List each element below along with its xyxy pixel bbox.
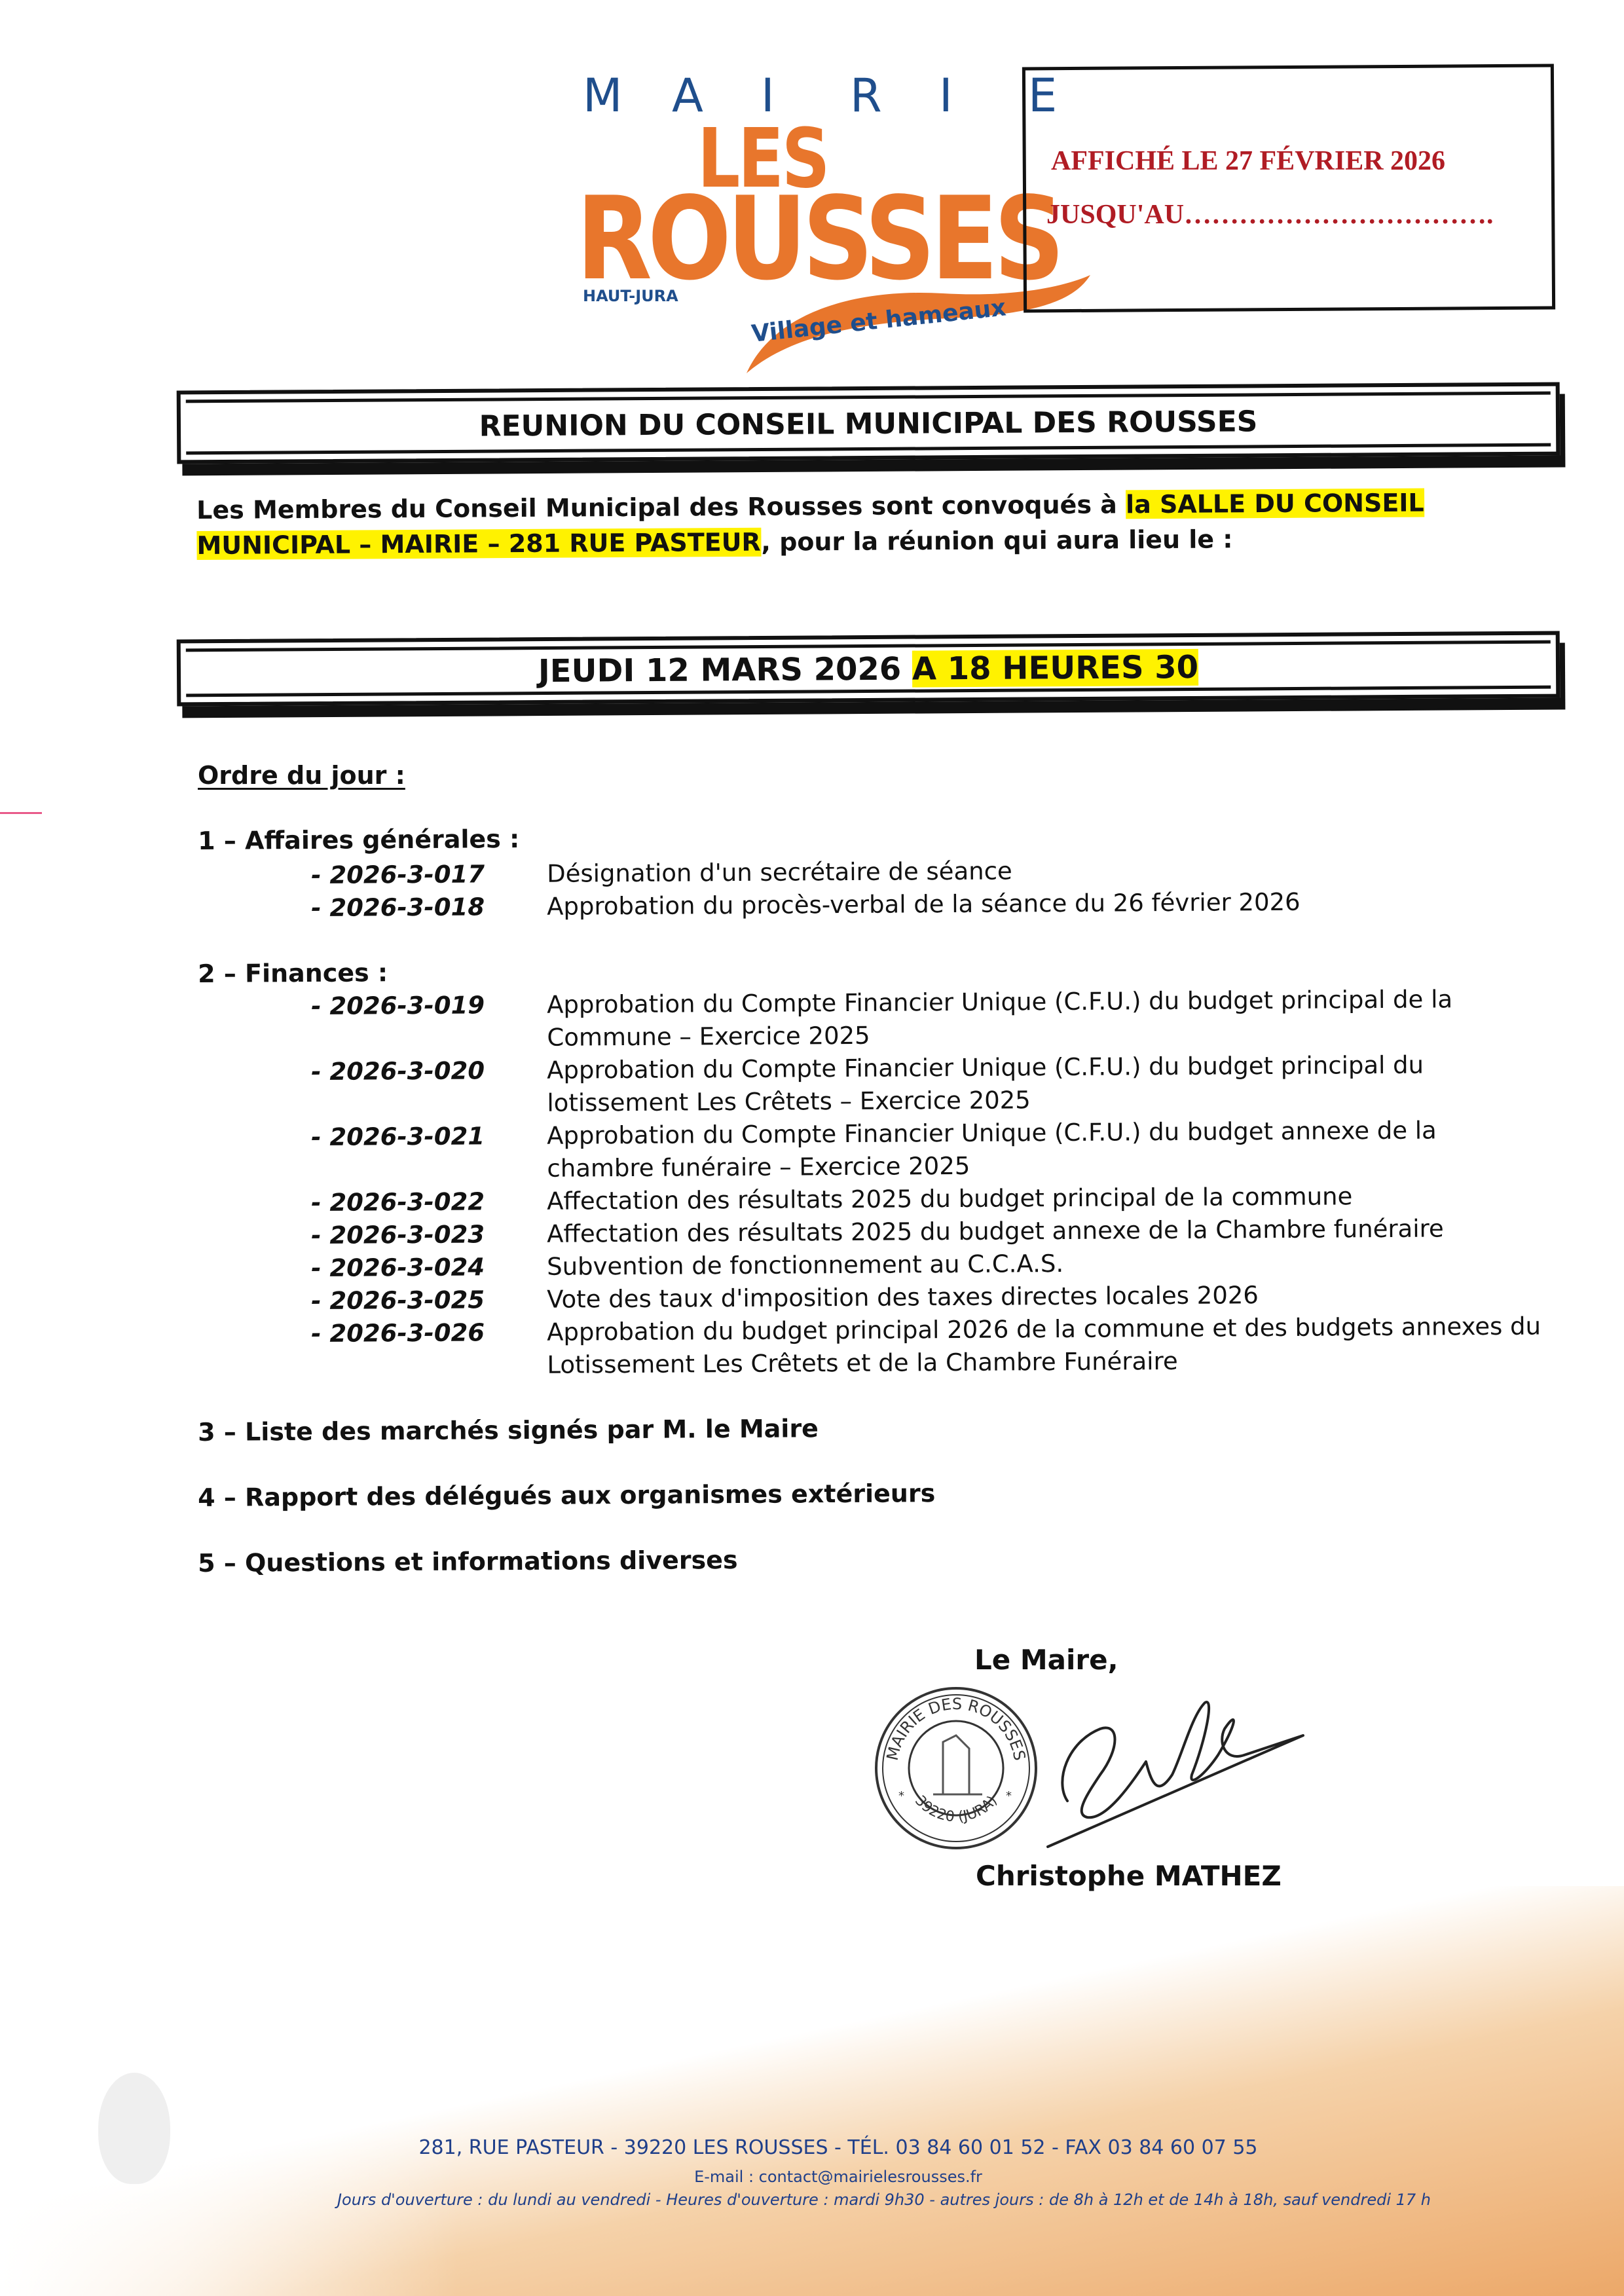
svg-text:*: * <box>1006 1789 1012 1803</box>
item-code: - 2026-3-026 <box>311 1316 485 1350</box>
item-description: Approbation du procès-verbal de la séanc… <box>547 884 1549 923</box>
agenda-heading: Ordre du jour : <box>198 761 405 790</box>
footer-hours: Jours d'ouverture : du lundi au vendredi… <box>72 2191 1624 2209</box>
item-code: - 2026-3-023 <box>311 1218 485 1252</box>
posted-until: JUSQU'AU……………………………. <box>1046 199 1494 231</box>
item-code: - 2026-3-025 <box>311 1284 485 1318</box>
footer-email[interactable]: E-mail : contact@mairielesrousses.fr <box>26 2168 1624 2186</box>
logo-letter: M <box>583 69 672 122</box>
footer-address: 281, RUE PASTEUR - 39220 LES ROUSSES - T… <box>26 2136 1624 2159</box>
svg-text:*: * <box>898 1789 904 1803</box>
agenda-section-1: 1 – Affaires générales : <box>198 824 519 855</box>
intro-text: Les Membres du Conseil Municipal des Rou… <box>196 490 1126 525</box>
town-seal-icon: MAIRIE DES ROUSSES 39220 (JURA) * * <box>871 1683 1041 1853</box>
date-banner: JEUDI 12 MARS 2026 A 18 HEURES 30 <box>177 631 1560 707</box>
logo-region: HAUT-JURA <box>583 287 678 305</box>
meeting-date: JEUDI 12 MARS 2026 <box>538 651 912 690</box>
item-code: - 2026-3-020 <box>311 1054 485 1088</box>
item-code: - 2026-3-024 <box>311 1251 485 1285</box>
item-description: Approbation du Compte Financier Unique (… <box>547 982 1549 1054</box>
svg-text:MAIRIE DES ROUSSES: MAIRIE DES ROUSSES <box>883 1695 1029 1762</box>
item-code: - 2026-3-018 <box>311 891 485 925</box>
agenda-item: - 2026-3-019 Approbation du Compte Finan… <box>311 982 1555 990</box>
intro-text-end: , pour la réunion qui aura lieu le : <box>761 525 1232 556</box>
signatory-name: Christophe MATHEZ <box>976 1860 1282 1892</box>
item-description: Approbation du Compte Financier Unique (… <box>547 1048 1549 1119</box>
margin-mark <box>0 812 42 814</box>
item-code: - 2026-3-017 <box>311 858 485 892</box>
svg-text:39220 (JURA): 39220 (JURA) <box>912 1792 1001 1825</box>
title-banner: REUNION DU CONSEIL MUNICIPAL DES ROUSSES <box>177 382 1560 464</box>
agenda-section-2: 2 – Finances : <box>198 958 388 988</box>
footer-fade <box>0 2030 458 2296</box>
item-description: Approbation du Compte Financier Unique (… <box>547 1113 1549 1185</box>
item-code: - 2026-3-021 <box>311 1120 485 1154</box>
agenda-section-4: 4 – Rapport des délégués aux organismes … <box>198 1479 935 1512</box>
agenda-section-5: 5 – Questions et informations diverses <box>198 1546 738 1578</box>
signatory-title: Le Maire, <box>974 1644 1118 1676</box>
convocation-text: Les Membres du Conseil Municipal des Rou… <box>196 484 1559 563</box>
posting-stamp-box <box>1022 64 1555 313</box>
item-code: - 2026-3-022 <box>311 1185 485 1219</box>
agenda-section-3: 3 – Liste des marchés signés par M. le M… <box>198 1414 819 1447</box>
handwritten-signature-icon <box>1028 1690 1316 1853</box>
posted-date: AFFICHÉ LE 27 FÉVRIER 2026 <box>1051 145 1445 177</box>
meeting-time: A 18 HEURES 30 <box>912 649 1198 688</box>
item-description: Approbation du budget principal 2026 de … <box>547 1310 1549 1381</box>
item-code: - 2026-3-019 <box>311 989 485 1023</box>
logo-letter: I <box>939 69 1028 122</box>
logo-letter: R <box>850 69 939 122</box>
